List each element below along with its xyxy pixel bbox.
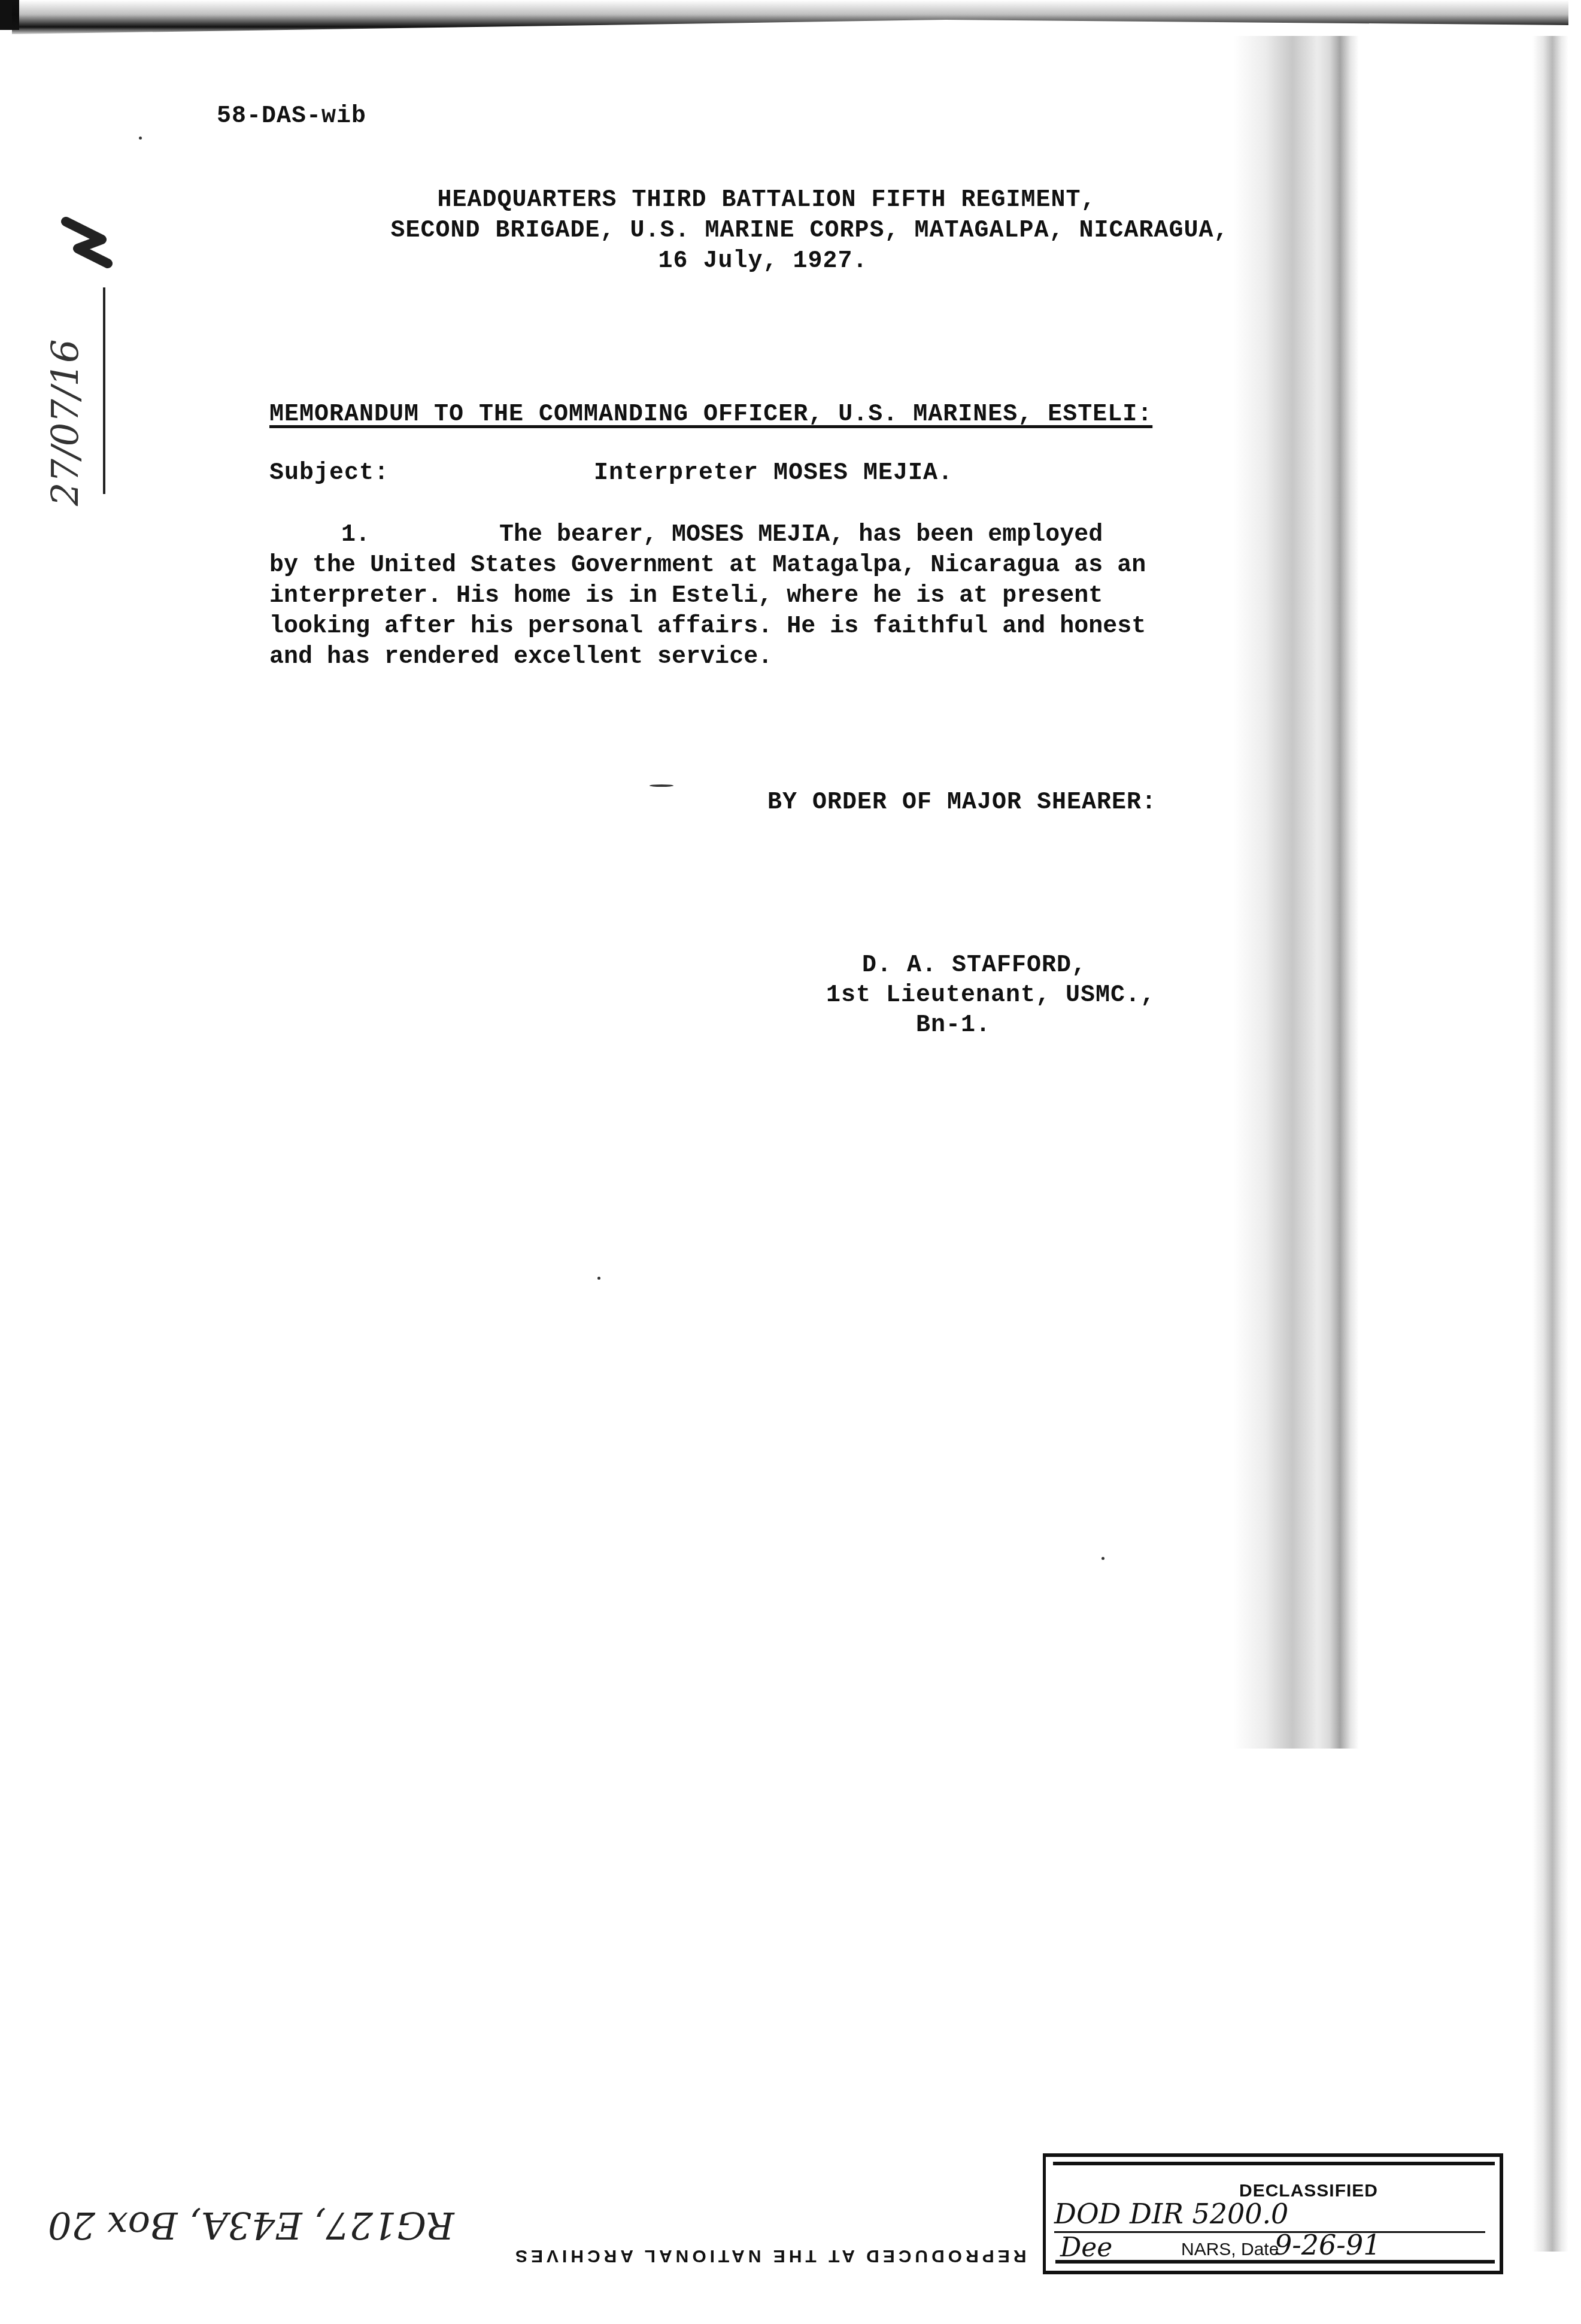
memo-addressee: MEMORANDUM TO THE COMMANDING OFFICER, U.…: [269, 401, 1152, 428]
stamp-nars-label: NARS, Date: [1181, 2240, 1279, 2260]
stamp-rule: [1053, 2162, 1495, 2165]
scan-speck: [1101, 1557, 1104, 1560]
paragraph-1: 1. The bearer, MOSES MEJIA, has been emp…: [269, 520, 1377, 672]
paragraph-line: interpreter. His home is in Esteli, wher…: [269, 581, 1377, 611]
scan-speck: [650, 784, 673, 787]
subject-label: Subject:: [269, 460, 389, 487]
stamp-rule: [1055, 2260, 1495, 2264]
heading-line-2: SECOND BRIGADE, U.S. MARINE CORPS, MATAG…: [19, 217, 1581, 244]
archive-box-note: RG127, E43A, Box 20: [48, 2204, 454, 2247]
margin-date-note: 27/07/16: [43, 340, 87, 506]
scan-speck: [597, 1277, 600, 1280]
authority-line: BY ORDER OF MAJOR SHEARER:: [767, 789, 1157, 816]
reproduction-notice: REPRODUCED AT THE NATIONAL ARCHIVES: [512, 2246, 1026, 2266]
scan-speck: [139, 137, 142, 140]
signature-name: D. A. STAFFORD,: [862, 952, 1087, 979]
signature-rank: 1st Lieutenant, USMC.,: [826, 982, 1155, 1009]
paragraph-line: looking after his personal affairs. He i…: [269, 611, 1377, 642]
margin-initial-mark: M: [60, 216, 114, 269]
paragraph-line: 1. The bearer, MOSES MEJIA, has been emp…: [269, 520, 1377, 550]
heading-line-1: HEADQUARTERS THIRD BATTALION FIFTH REGIM…: [0, 187, 1557, 214]
reference-code: 58-DAS-wib: [217, 103, 366, 130]
scan-streak: [1317, 36, 1359, 1749]
paragraph-line: and has rendered excellent service.: [269, 642, 1377, 672]
heading-date: 16 July, 1927.: [0, 248, 1553, 275]
margin-underline: [103, 287, 105, 494]
scan-top-edge: [12, 0, 1568, 36]
scan-streak: [1533, 36, 1568, 2252]
subject-value: Interpreter MOSES MEJIA.: [594, 460, 953, 487]
stamp-authority: DOD DIR 5200.0: [1054, 2200, 1485, 2233]
paragraph-line: by the United States Government at Matag…: [269, 550, 1377, 581]
declassification-stamp: DECLASSIFIED DOD DIR 5200.0 Dee NARS, Da…: [1043, 2153, 1503, 2274]
signature-position: Bn-1.: [916, 1012, 991, 1039]
document-page: 58-DAS-wib HEADQUARTERS THIRD BATTALION …: [0, 0, 1581, 2324]
stamp-by: Dee: [1060, 2235, 1156, 2263]
stamp-date: 9-26-91: [1274, 2231, 1478, 2263]
